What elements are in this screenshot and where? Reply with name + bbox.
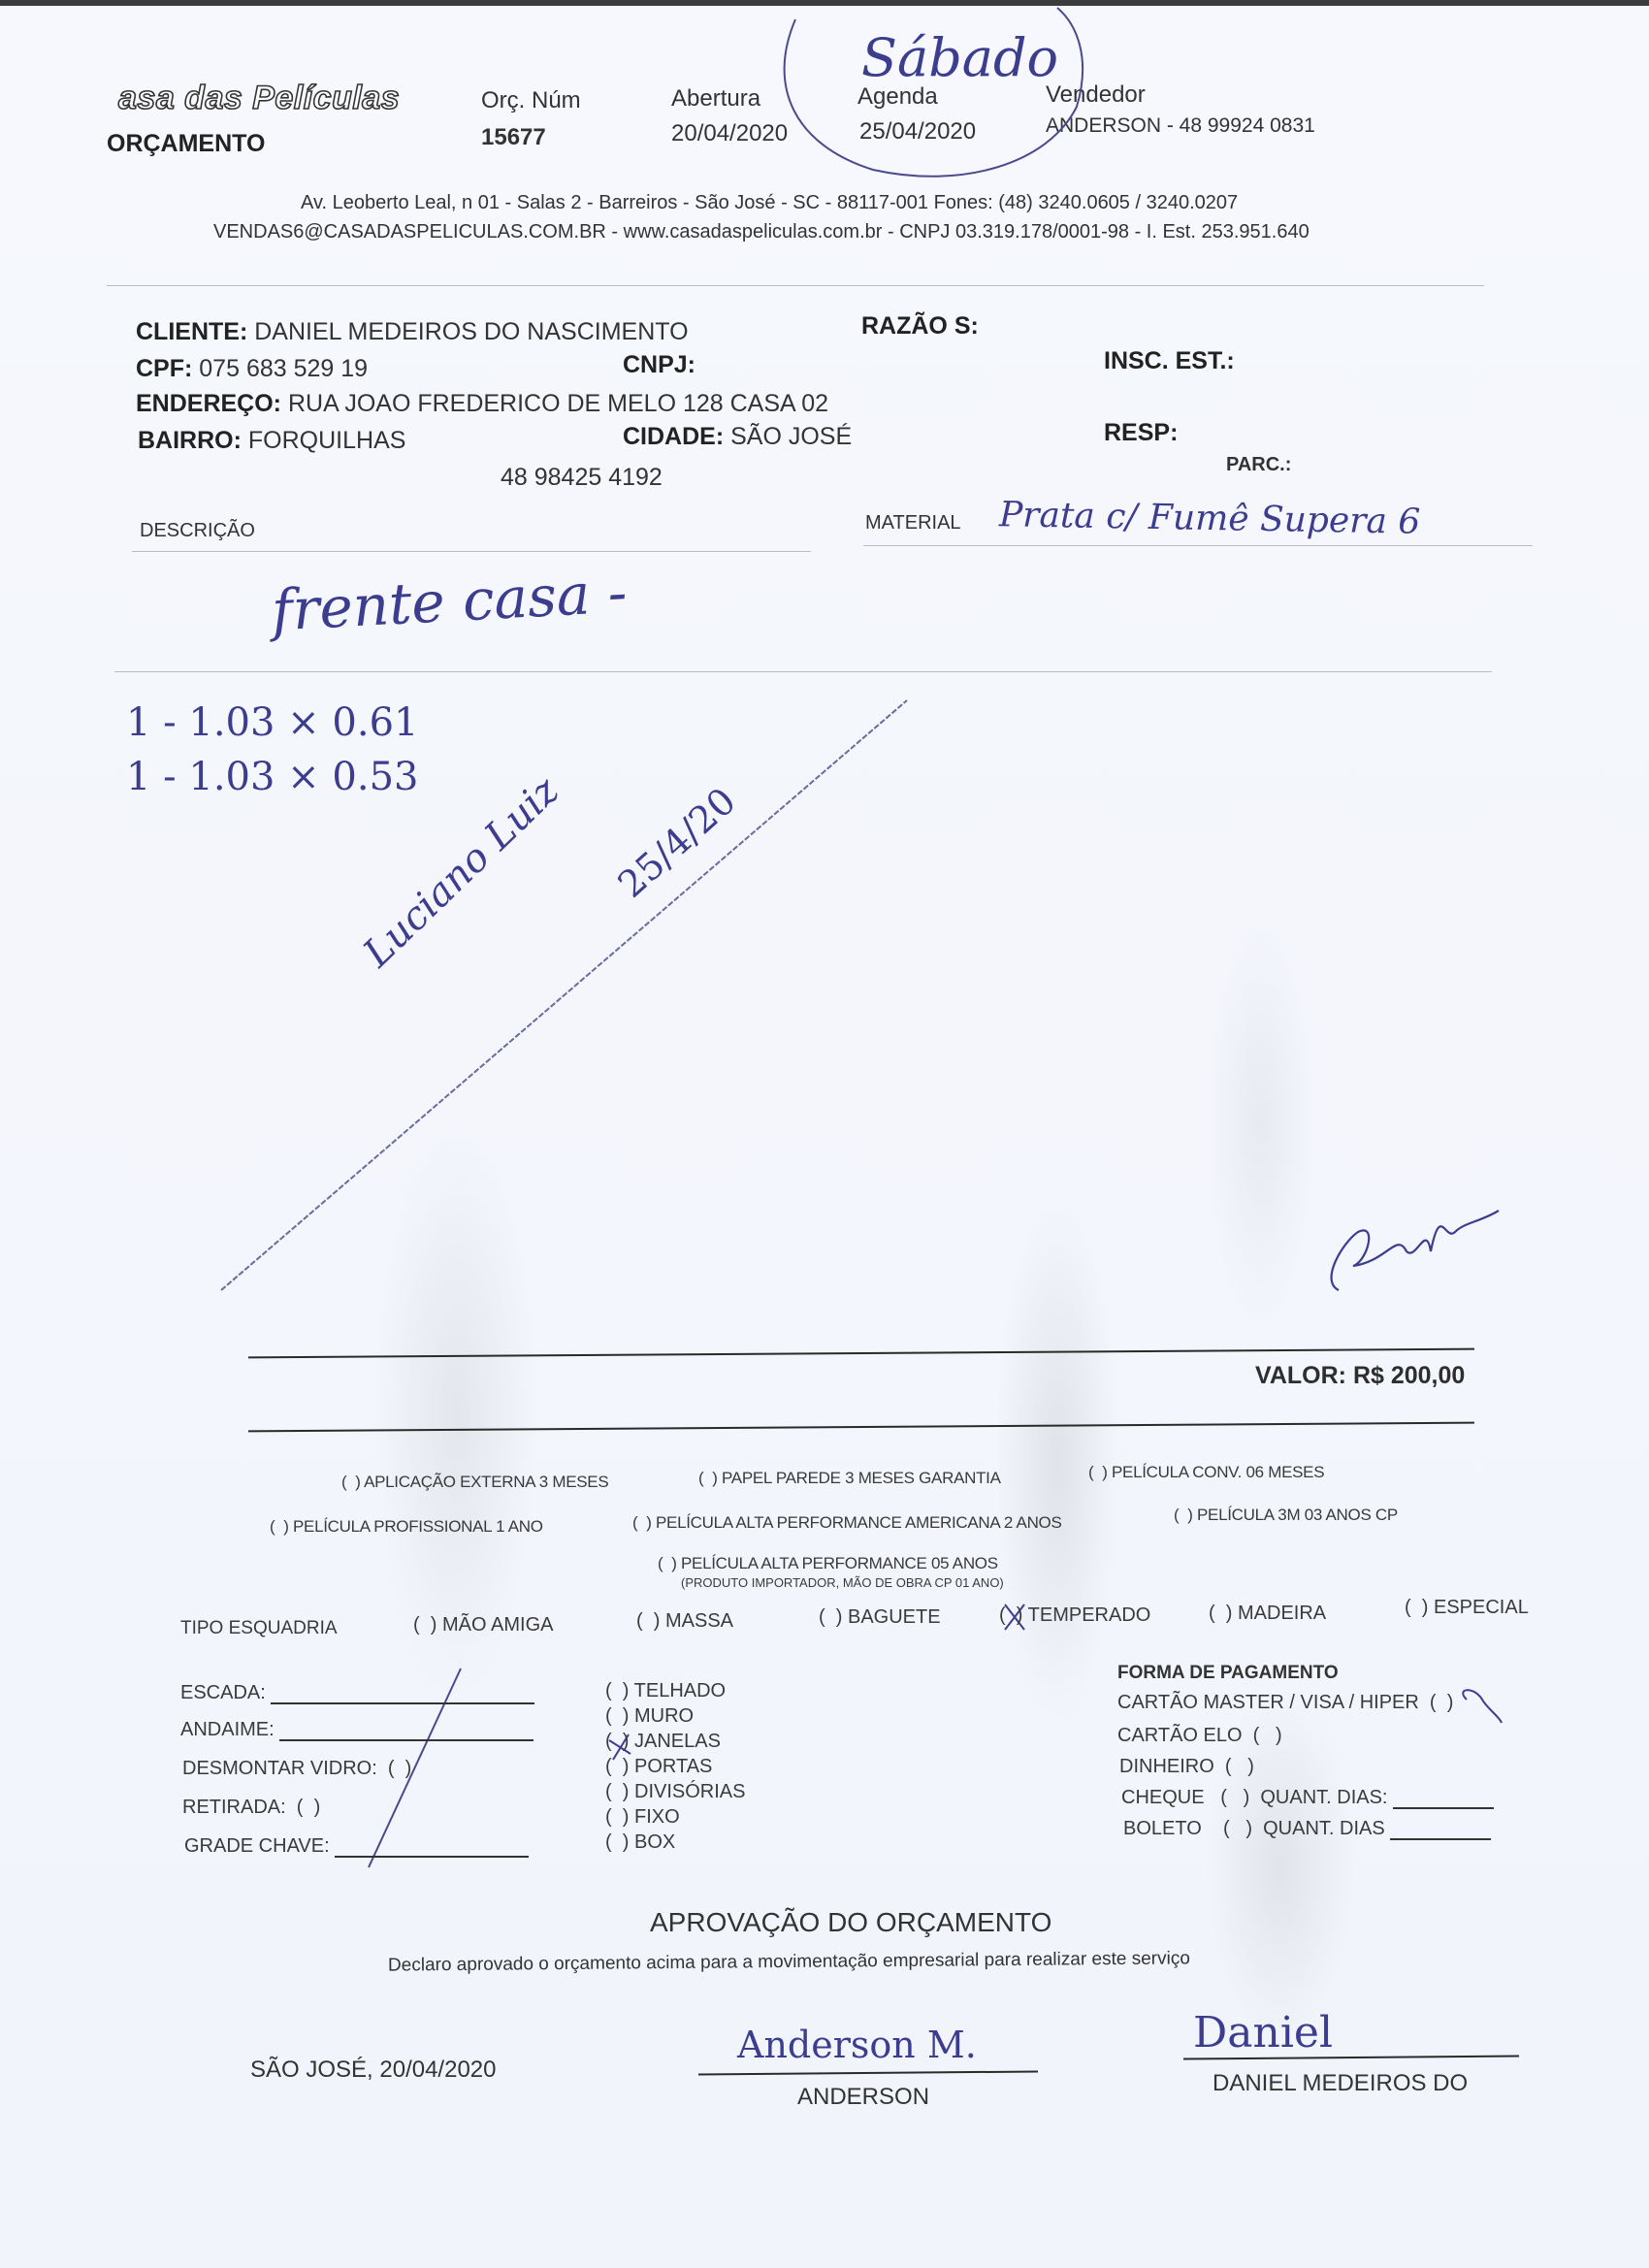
garantia-label: PELÍCULA PROFISSIONAL 1 ANO: [293, 1517, 543, 1536]
garantia-option-1[interactable]: ( ) APLICAÇÃO EXTERNA 3 MESES: [341, 1473, 608, 1492]
endereco-value: RUA JOAO FREDERICO DE MELO 128 CASA 02: [288, 390, 828, 417]
cnpj-field: CNPJ:: [623, 351, 695, 379]
vendedor-label: Vendedor: [1046, 81, 1146, 109]
pagamento-boleto[interactable]: BOLETO ( ) QUANT. DIAS: [1123, 1818, 1491, 1840]
endereco-label: ENDEREÇO:: [136, 390, 281, 417]
parc-label: PARC.:: [1226, 454, 1291, 476]
esquadria-label: TIPO ESQUADRIA: [180, 1618, 338, 1639]
valor-label: VALOR:: [1255, 1362, 1346, 1389]
grade-chave-line[interactable]: [335, 1856, 529, 1858]
esquadria-option-label: BAGUETE: [848, 1606, 941, 1628]
esquadria-option-label: MASSA: [665, 1610, 733, 1632]
local-label: DIVISÓRIAS: [634, 1781, 745, 1802]
telefone-value: 48 98425 4192: [501, 464, 663, 492]
local-label: TELHADO: [634, 1680, 726, 1701]
client-name: DANIEL MEDEIROS DO: [1212, 2070, 1468, 2097]
esquadria-option-mao-amiga[interactable]: ( ) MÃO AMIGA: [413, 1614, 553, 1636]
vendedor-value: ANDERSON - 48 99924 0831: [1046, 114, 1315, 138]
garantia-label: PELÍCULA CONV. 06 MESES: [1112, 1463, 1324, 1481]
brand-logo: asa das Películas: [118, 80, 400, 117]
andaime-line[interactable]: [279, 1739, 533, 1741]
garantia-label: PAPEL PAREDE 3 MESES GARANTIA: [722, 1469, 1001, 1487]
escada-label: ESCADA:: [180, 1682, 266, 1703]
garantia-option-7[interactable]: ( ) PELÍCULA ALTA PERFORMANCE 05 ANOS: [658, 1554, 998, 1573]
insc-est-field: INSC. EST.:: [1104, 347, 1235, 375]
desmontar-vidro-label: DESMONTAR VIDRO:: [182, 1758, 377, 1779]
garantia-option-7-note: (PRODUTO IMPORTADOR, MÃO DE OBRA CP 01 A…: [681, 1575, 1004, 1590]
cnpj-label: CNPJ:: [623, 351, 695, 378]
descricao-line: [132, 551, 811, 552]
cpf-value: 075 683 529 19: [199, 355, 368, 382]
local-label: MURO: [634, 1705, 694, 1727]
pagamento-cartao-elo[interactable]: CARTÃO ELO ( ): [1117, 1725, 1282, 1747]
garantia-option-4[interactable]: ( ) PELÍCULA PROFISSIONAL 1 ANO: [270, 1517, 543, 1537]
retirada-label: RETIRADA:: [182, 1797, 286, 1818]
local-box[interactable]: ( ) BOX: [605, 1831, 675, 1854]
cheque-dias-line[interactable]: [1393, 1807, 1494, 1809]
local-telhado[interactable]: ( ) TELHADO: [605, 1680, 726, 1702]
esquadria-option-label: MADEIRA: [1238, 1603, 1326, 1624]
cpf-label: CPF:: [136, 355, 192, 382]
abertura-date: 20/04/2020: [671, 120, 788, 147]
grade-chave-field[interactable]: GRADE CHAVE:: [184, 1835, 529, 1858]
cidade-value: SÃO JOSÉ: [730, 423, 852, 450]
client-signature: Daniel: [1193, 2008, 1333, 2057]
local-label: FIXO: [634, 1806, 680, 1828]
escada-field[interactable]: ESCADA:: [180, 1682, 534, 1704]
description-divider: [114, 671, 1492, 672]
bairro-field: BAIRRO: FORQUILHAS: [138, 427, 405, 455]
material-handwritten: Prata c/ Fumê Supera 6: [999, 495, 1421, 542]
orc-num-label: Orç. Núm: [481, 87, 581, 114]
pagamento-label: CARTÃO MASTER / VISA / HIPER: [1117, 1692, 1419, 1713]
orc-num: 15677: [481, 124, 546, 151]
esquadria-option-baguete[interactable]: ( ) BAGUETE: [819, 1606, 941, 1629]
company-contact: VENDAS6@CASADASPELICULAS.COM.BR - www.ca…: [213, 221, 1309, 243]
valor-amount: R$ 200,00: [1353, 1362, 1465, 1389]
esquadria-option-massa[interactable]: ( ) MASSA: [636, 1610, 733, 1633]
local-muro[interactable]: ( ) MURO: [605, 1705, 694, 1728]
place-date: SÃO JOSÉ, 20/04/2020: [250, 2057, 497, 2084]
cpf-field: CPF: 075 683 529 19: [136, 355, 368, 383]
aprovacao-title: APROVAÇÃO DO ORÇAMENTO: [650, 1907, 1051, 1938]
garantia-label: APLICAÇÃO EXTERNA 3 MESES: [364, 1473, 608, 1491]
escada-line[interactable]: [271, 1702, 534, 1704]
esquadria-option-madeira[interactable]: ( ) MADEIRA: [1209, 1603, 1326, 1625]
cliente-label: CLIENTE:: [136, 318, 247, 345]
local-label: BOX: [634, 1831, 675, 1853]
seller-name: ANDERSON: [797, 2084, 929, 2111]
valor-field: VALOR: R$ 200,00: [1255, 1362, 1465, 1390]
garantia-label: PELÍCULA ALTA PERFORMANCE AMERICANA 2 AN…: [656, 1513, 1062, 1532]
material-label: MATERIAL: [865, 512, 961, 535]
pagamento-label: BOLETO: [1123, 1818, 1202, 1839]
seller-signature: Anderson M.: [737, 2024, 977, 2066]
material-line: [863, 545, 1533, 546]
doc-type: ORÇAMENTO: [107, 130, 265, 158]
cidade-label: CIDADE:: [623, 423, 724, 450]
bairro-label: BAIRRO:: [138, 427, 242, 454]
abertura-label: Abertura: [671, 85, 760, 113]
garantia-label: PELÍCULA ALTA PERFORMANCE 05 ANOS: [681, 1554, 998, 1572]
local-divisorias[interactable]: ( ) DIVISÓRIAS: [605, 1781, 745, 1803]
retirada-field[interactable]: RETIRADA: ( ): [182, 1797, 320, 1819]
measurement-2: 1 - 1.03 × 0.53: [126, 755, 418, 799]
pagamento-label: CHEQUE: [1121, 1787, 1205, 1808]
andaime-field[interactable]: ANDAIME:: [180, 1719, 533, 1741]
garantia-option-5[interactable]: ( ) PELÍCULA ALTA PERFORMANCE AMERICANA …: [632, 1513, 1062, 1533]
desmontar-vidro-field[interactable]: DESMONTAR VIDRO: ( ): [182, 1758, 411, 1780]
pagamento-label: CARTÃO ELO: [1117, 1725, 1243, 1746]
grade-chave-label: GRADE CHAVE:: [184, 1835, 330, 1857]
agenda-handwritten-note: Sábado: [861, 27, 1058, 88]
insc-est-label: INSC. EST.:: [1104, 347, 1235, 374]
local-janelas[interactable]: ( ) JANELAS: [605, 1731, 721, 1753]
resp-field: RESP:: [1104, 419, 1178, 447]
garantia-option-3[interactable]: ( ) PELÍCULA CONV. 06 MESES: [1088, 1463, 1324, 1482]
pagamento-cartao-master[interactable]: CARTÃO MASTER / VISA / HIPER ( ): [1117, 1692, 1453, 1714]
descricao-label: DESCRIÇÃO: [140, 520, 255, 542]
garantia-option-2[interactable]: ( ) PAPEL PAREDE 3 MESES GARANTIA: [698, 1469, 1001, 1488]
company-address: Av. Leoberto Leal, n 01 - Salas 2 - Barr…: [301, 192, 1238, 214]
razao-label: RAZÃO S:: [861, 312, 979, 340]
esquadria-option-especial[interactable]: ( ) ESPECIAL: [1405, 1597, 1529, 1619]
local-label: PORTAS: [634, 1756, 712, 1777]
andaime-label: ANDAIME:: [180, 1719, 275, 1740]
garantia-label: PELÍCULA 3M 03 ANOS CP: [1197, 1506, 1398, 1524]
boleto-dias-line[interactable]: [1390, 1838, 1491, 1840]
pagamento-cheque[interactable]: CHEQUE ( ) QUANT. DIAS:: [1121, 1787, 1494, 1809]
pagamento-dinheiro[interactable]: DINHEIRO ( ): [1119, 1756, 1254, 1778]
quant-dias-label: QUANT. DIAS:: [1260, 1787, 1387, 1808]
endereco-field: ENDEREÇO: RUA JOAO FREDERICO DE MELO 128…: [136, 390, 828, 418]
cliente-value: DANIEL MEDEIROS DO NASCIMENTO: [254, 318, 688, 345]
cidade-field: CIDADE: SÃO JOSÉ: [623, 423, 852, 451]
header-divider: [107, 285, 1484, 286]
garantia-option-6[interactable]: ( ) PELÍCULA 3M 03 ANOS CP: [1174, 1506, 1398, 1525]
pagamento-label: DINHEIRO: [1119, 1756, 1214, 1777]
resp-label: RESP:: [1104, 419, 1178, 446]
agenda-date: 25/04/2020: [859, 118, 976, 146]
pagamento-title: FORMA DE PAGAMENTO: [1117, 1663, 1339, 1684]
esquadria-option-temperado[interactable]: ( ) TEMPERADO: [999, 1604, 1150, 1627]
esquadria-option-label: ESPECIAL: [1434, 1597, 1529, 1618]
measurement-1: 1 - 1.03 × 0.61: [126, 700, 418, 745]
local-fixo[interactable]: ( ) FIXO: [605, 1806, 680, 1829]
cliente-field: CLIENTE: DANIEL MEDEIROS DO NASCIMENTO: [136, 318, 689, 346]
esquadria-option-label: MÃO AMIGA: [442, 1614, 553, 1636]
local-label: JANELAS: [634, 1731, 721, 1752]
esquadria-option-label: TEMPERADO: [1028, 1604, 1151, 1626]
razao-field: RAZÃO S:: [861, 312, 979, 340]
local-portas[interactable]: ( ) PORTAS: [605, 1756, 712, 1778]
quant-dias-label: QUANT. DIAS: [1263, 1818, 1385, 1839]
bairro-value: FORQUILHAS: [248, 427, 406, 454]
